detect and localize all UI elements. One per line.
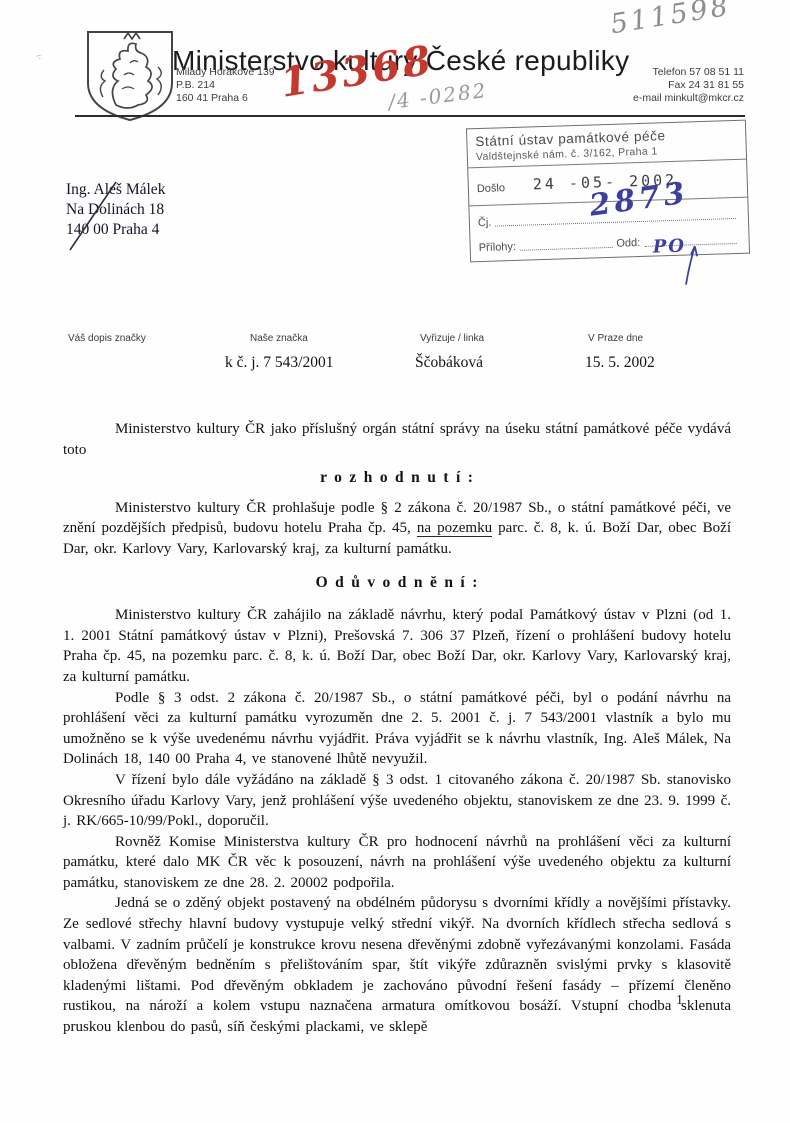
incoming-stamp: Státní ústav památkové péče Valdštejnské… bbox=[466, 120, 750, 263]
decision-heading: r o z h o d n u t í : bbox=[63, 468, 731, 489]
ref-label-our-ref: Naše značka bbox=[250, 333, 308, 344]
addressee-block: Ing. Aleš Málek Na Dolinách 18 140 00 Pr… bbox=[66, 180, 165, 240]
letter-body: Ministerstvo kultury ČR jako příslušný o… bbox=[63, 419, 731, 1038]
description-paragraph: Jedná se o zděný objekt postavený na obd… bbox=[63, 893, 731, 1037]
justification-paragraph: Ministerstvo kultury ČR zahájilo na zákl… bbox=[63, 605, 731, 687]
dotted-line bbox=[520, 235, 613, 251]
justification-paragraph: V řízení bylo dále vyžádáno na základě §… bbox=[63, 770, 731, 832]
addressee-street: Na Dolinách 18 bbox=[66, 200, 165, 220]
ref-label-date: V Praze dne bbox=[588, 333, 643, 344]
ref-value-date: 15. 5. 2002 bbox=[585, 354, 655, 372]
ministry-address-line: Milady Horákové 139 bbox=[176, 66, 275, 79]
handwritten-corner-number: 511598 bbox=[608, 0, 732, 40]
ref-value-handler: Ščobáková bbox=[415, 354, 483, 372]
prilohy-label: Přílohy: bbox=[479, 241, 517, 254]
justification-paragraph: Podle § 3 odst. 2 zákona č. 20/1987 Sb.,… bbox=[63, 688, 731, 770]
scanned-letter-page: Ministerstvo kultury České republiky Mil… bbox=[0, 0, 790, 1123]
ref-value-our-ref: k č. j. 7 543/2001 bbox=[225, 354, 334, 372]
ref-label-your-ref: Váš dopis značky bbox=[68, 333, 146, 344]
header-divider bbox=[75, 115, 745, 117]
ref-label-handler: Vyřizuje / linka bbox=[420, 333, 484, 344]
fax-line: Fax 24 31 81 55 bbox=[633, 79, 744, 92]
scan-speck: ·: bbox=[36, 52, 42, 56]
decision-paragraph: Ministerstvo kultury ČR prohlašuje podle… bbox=[63, 498, 731, 560]
intro-paragraph: Ministerstvo kultury ČR jako příslušný o… bbox=[63, 419, 731, 460]
ministry-address-line: P.B. 214 bbox=[176, 79, 275, 92]
coat-of-arms-icon bbox=[78, 27, 182, 125]
addressee-name: Ing. Aleš Málek bbox=[66, 180, 165, 200]
email-line: e-mail minkult@mkcr.cz bbox=[633, 92, 744, 105]
pen-stroke bbox=[671, 240, 712, 287]
phone-line: Telefon 57 08 51 11 bbox=[633, 66, 744, 79]
received-label: Došlo bbox=[477, 182, 505, 195]
justification-paragraph: Rovněž Komise Ministerstva kultury ČR pr… bbox=[63, 832, 731, 894]
page-number: 1 bbox=[676, 993, 683, 1009]
justification-heading: O d ů v o d n ě n í : bbox=[63, 573, 731, 594]
addressee-city: 140 00 Praha 4 bbox=[66, 220, 165, 240]
underlined-phrase: na pozemku bbox=[417, 520, 492, 537]
cj-label: Čj. bbox=[478, 217, 492, 229]
ministry-contacts: Telefon 57 08 51 11 Fax 24 31 81 55 e-ma… bbox=[633, 66, 744, 105]
ministry-address-line: 160 41 Praha 6 bbox=[176, 92, 275, 105]
ministry-address: Milady Horákové 139 P.B. 214 160 41 Prah… bbox=[176, 66, 275, 105]
odd-label: Odd: bbox=[616, 237, 640, 250]
